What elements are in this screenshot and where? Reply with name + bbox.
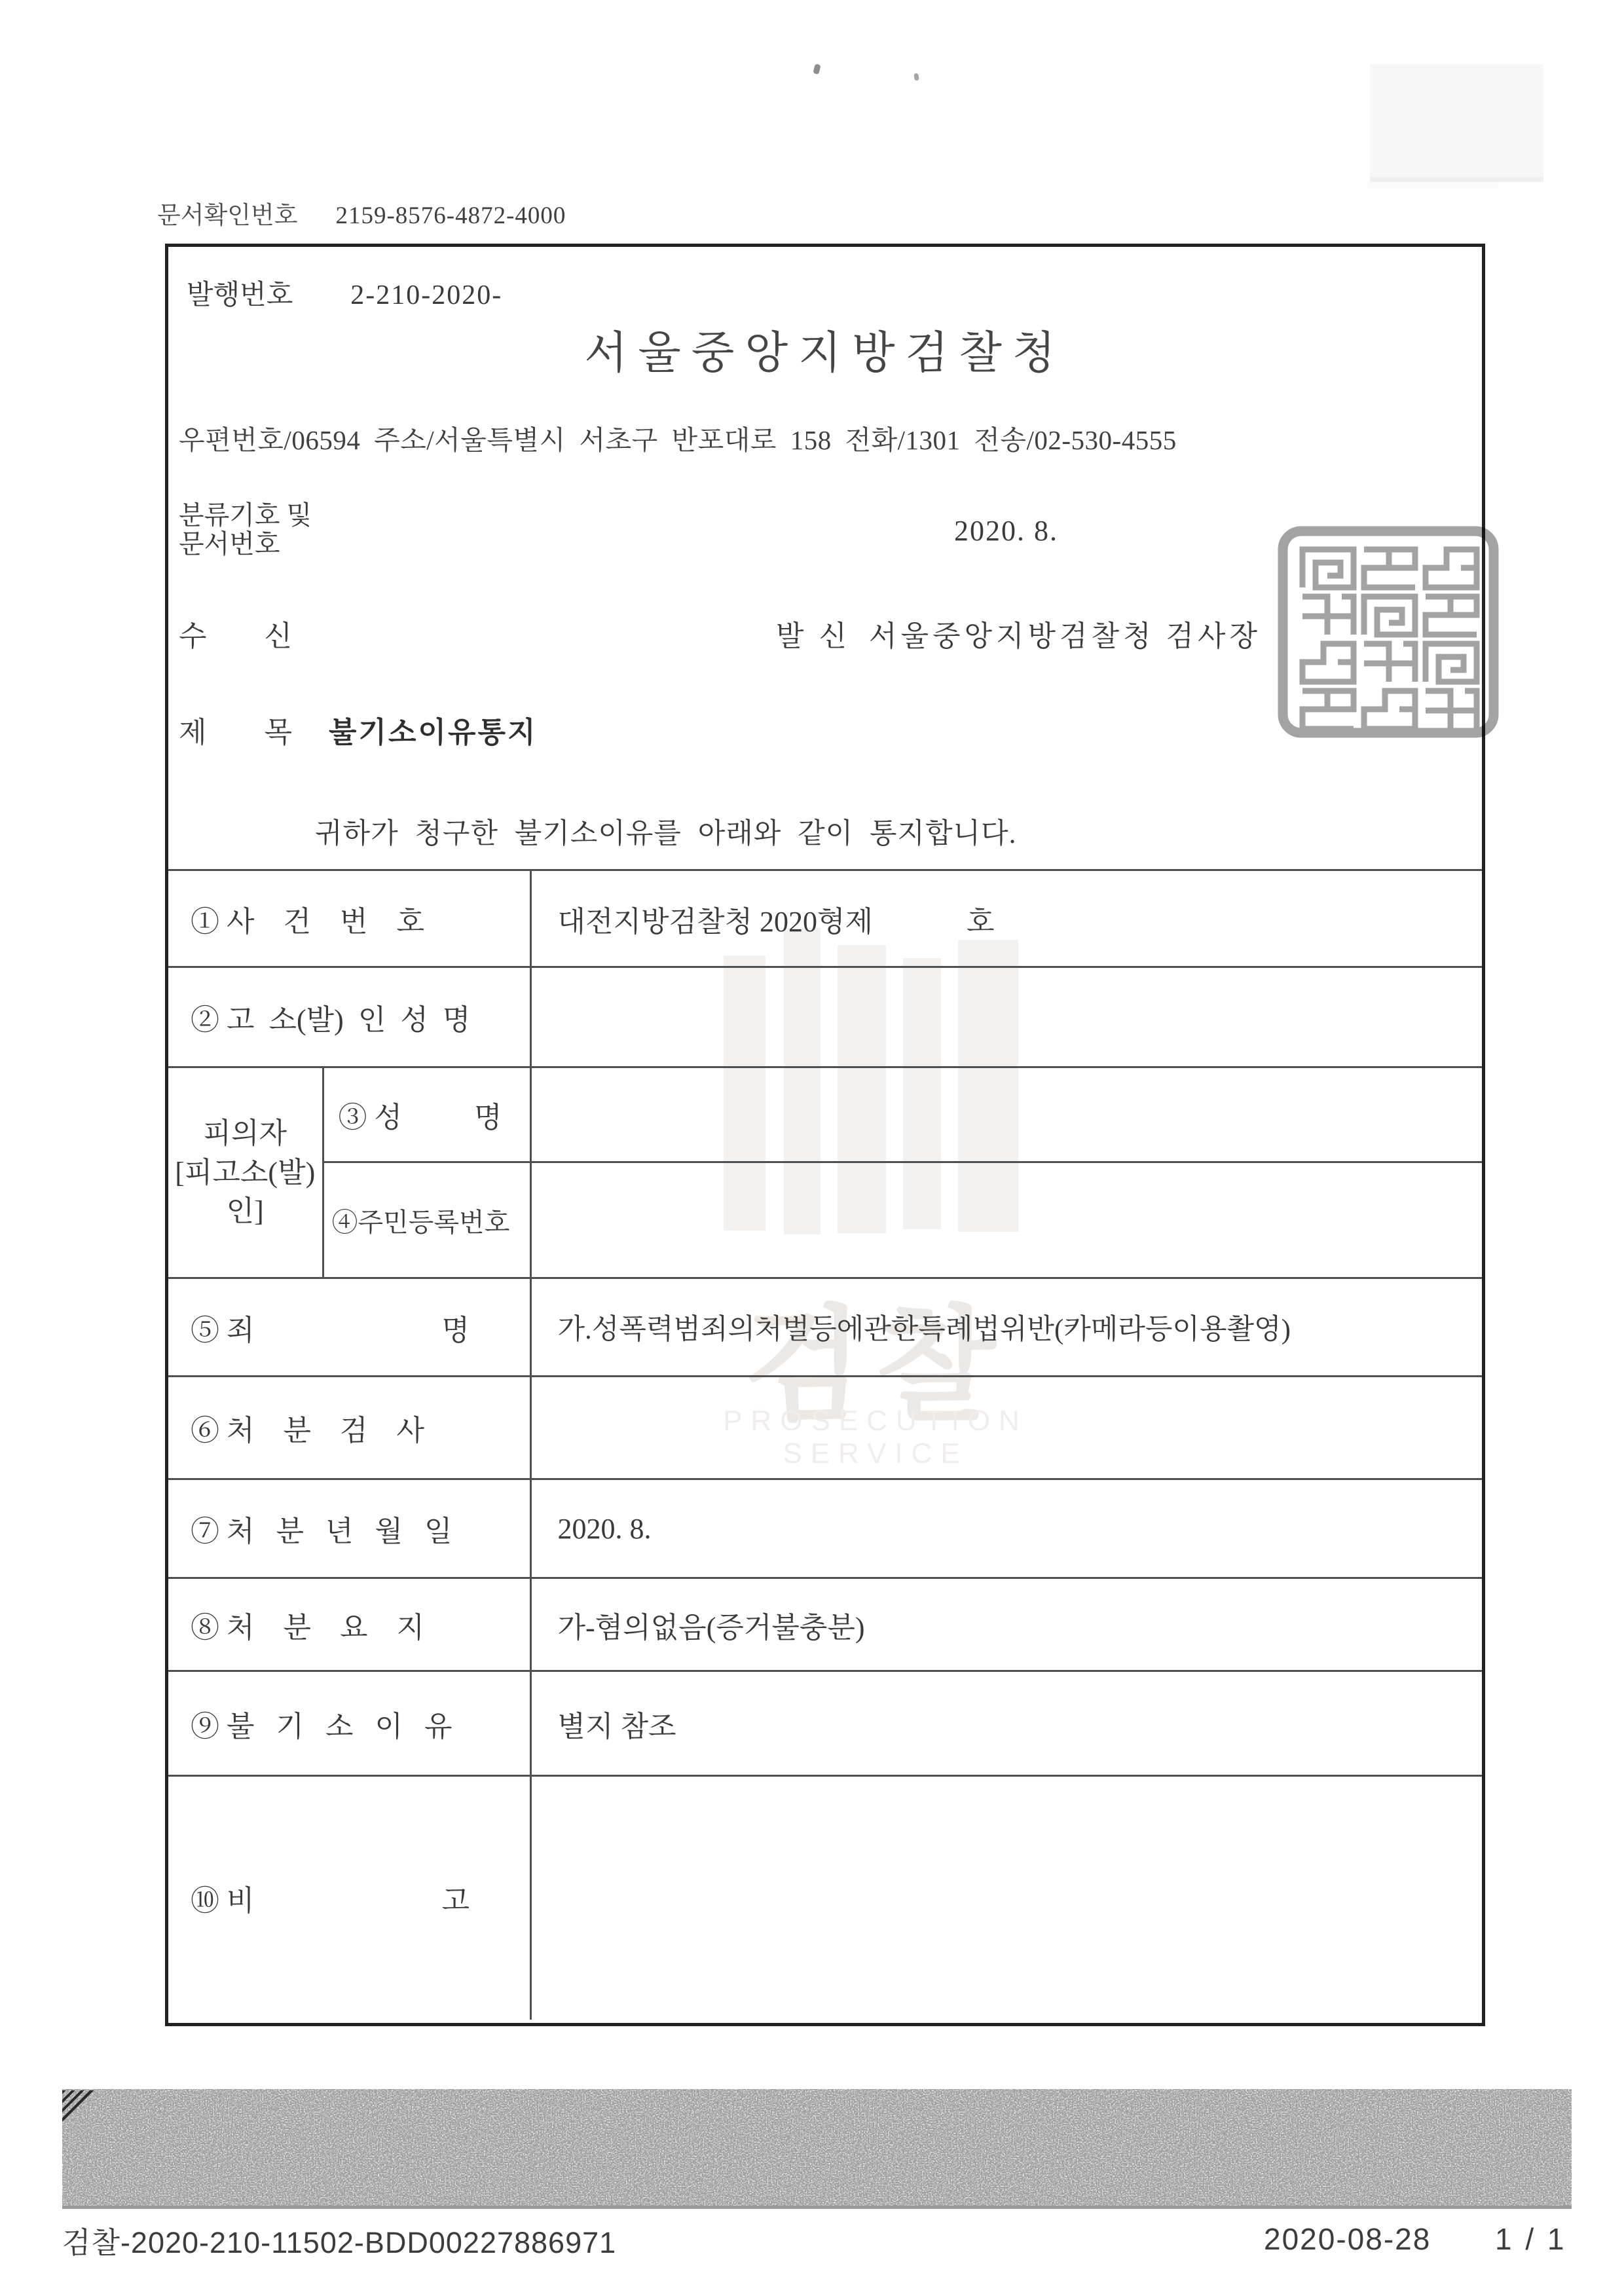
issue-label: 발행번호 [187,280,293,310]
intro-text: 귀하가 청구한 불기소이유를 아래와 같이 통지합니다. [315,811,1016,851]
subject-label: 제 목 [179,716,292,749]
document-frame: 발행번호2-210-2020- 서울중앙지방검찰청 우편번호/06594 주소/… [165,244,1485,2026]
recipient-label: 수 신 [179,612,292,654]
suspect-label-line2: [피고소(발)인] [168,1153,322,1231]
remarks-label: ⑩ 비 고 [168,1776,530,2020]
agency-address: 우편번호/06594 주소/서울특별시 서초구 반포대로 158 전화/1301… [179,418,1177,457]
disposition-summary-value: 가-혐의없음(증거불충분) [530,1578,1482,1671]
issue-number: 2-210-2020- [350,280,502,310]
doc-confirm-number: 2159-8576-4872-4000 [335,202,566,229]
prosecutor-label: ⑥ 처 분 검 사 [168,1377,530,1479]
resident-number-label: ④주민등록번호 [323,1162,530,1278]
complainant-name-value [530,967,1482,1067]
remarks-value [530,1776,1482,2020]
case-number-label: ① 사 건 번 호 [168,870,530,967]
scan-noise-band [62,2089,1572,2209]
suspect-name-label: ③ 성 명 [323,1067,530,1162]
official-seal [1276,525,1500,739]
nonprosecution-reason-value: 별지 참조 [530,1671,1482,1776]
scan-artifact-strip [1367,182,1498,189]
resident-number-value [530,1162,1482,1278]
issue-date: 2020. 8. [954,514,1058,547]
suspect-name-value [530,1067,1482,1162]
sender-value: 서울중앙지방검찰청 검사장 [869,620,1261,652]
issue-number-line: 발행번호2-210-2020- [187,273,502,312]
doc-class-label-line2: 문서번호 [179,530,312,559]
footer-page-number: 1 / 1 [1495,2221,1567,2257]
document-page: 문서확인번호2159-8576-4872-4000 발행번호2-210-2020… [0,0,1624,2296]
disposition-summary-label: ⑧ 처 분 요 지 [168,1578,530,1671]
sender-label: 발 신 [776,620,851,652]
scan-artifact-box [1370,64,1543,182]
footer-date: 2020-08-28 [1264,2221,1431,2257]
agency-title: 서울중앙지방검찰청 [168,318,1482,381]
scan-speck [813,64,821,75]
suspect-group-label: 피의자 [피고소(발)인] [168,1067,323,1278]
scan-speck [913,73,919,81]
prosecutor-value [530,1377,1482,1479]
complainant-name-label: ② 고 소(발) 인 성 명 [168,967,530,1067]
doc-confirm-line: 문서확인번호2159-8576-4872-4000 [157,195,566,231]
case-number-value: 대전지방검찰청 2020형제 호 [530,870,1482,967]
subject-line: 제 목불기소이유통지 [179,709,538,750]
disposition-date-value: 2020. 8. [530,1479,1482,1578]
doc-class-block: 분류기호 및 문서번호 [179,501,312,559]
suspect-label-line1: 피의자 [168,1114,322,1153]
offense-label: ⑤ 죄 명 [168,1278,530,1377]
offense-value: 가.성폭력범죄의처벌등에관한특례법위반(카메라등이용촬영) [530,1278,1482,1377]
subject-value: 불기소이유통지 [329,716,538,749]
footer-doc-id: 검찰-2020-210-11502-BDD00227886971 [62,2219,616,2261]
disposition-date-label: ⑦ 처 분 년 월 일 [168,1479,530,1578]
doc-confirm-label: 문서확인번호 [157,202,297,229]
doc-class-label-line1: 분류기호 및 [179,501,312,530]
case-table: ① 사 건 번 호 대전지방검찰청 2020형제 호 ② 고 소(발) 인 성 … [168,869,1482,2020]
nonprosecution-reason-label: ⑨ 불 기 소 이 유 [168,1671,530,1776]
sender-line: 발 신서울중앙지방검찰청 검사장 [776,612,1261,654]
